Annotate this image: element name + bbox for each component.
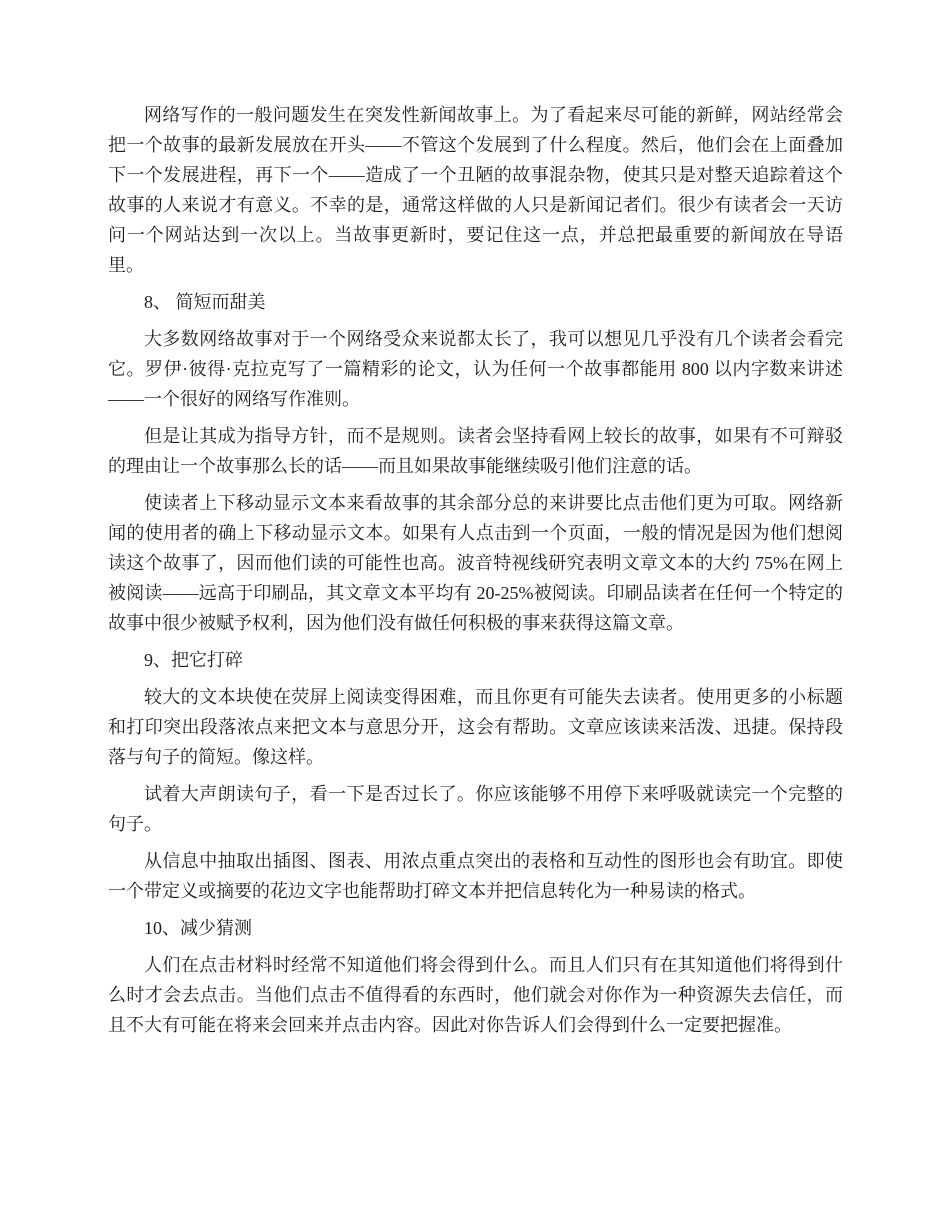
paragraph: 从信息中抽取出插图、图表、用浓点重点突出的表格和互动性的图形也会有助宜。即使一个… (108, 846, 843, 906)
paragraph: 大多数网络故事对于一个网络受众来说都太长了，我可以想见几乎没有几个读者会看完它。… (108, 324, 843, 414)
paragraph: 使读者上下移动显示文本来看故事的其余部分总的来讲要比点击他们更为可取。网络新闻的… (108, 488, 843, 638)
paragraph: 试着大声朗读句子，看一下是否过长了。你应该能够不用停下来呼吸就读完一个完整的句子… (108, 779, 843, 839)
paragraph: 人们在点击材料时经常不知道他们将会得到什么。而且人们只有在其知道他们将得到什么时… (108, 950, 843, 1040)
document-body: 网络写作的一般问题发生在突发性新闻故事上。为了看起来尽可能的新鲜，网站经常会把一… (0, 0, 950, 1040)
paragraph: 但是让其成为指导方针，而不是规则。读者会坚持看网上较长的故事，如果有不可辩驳的理… (108, 421, 843, 481)
section-heading: 9、把它打碎 (108, 645, 843, 675)
document-page: 网络写作的一般问题发生在突发性新闻故事上。为了看起来尽可能的新鲜，网站经常会把一… (0, 0, 950, 1229)
paragraph: 网络写作的一般问题发生在突发性新闻故事上。为了看起来尽可能的新鲜，网站经常会把一… (108, 100, 843, 280)
section-heading: 8、 简短而甜美 (108, 287, 843, 317)
paragraph: 较大的文本块使在荧屏上阅读变得困难，而且你更有可能失去读者。使用更多的小标题和打… (108, 682, 843, 772)
section-heading: 10、减少猜测 (108, 913, 843, 943)
